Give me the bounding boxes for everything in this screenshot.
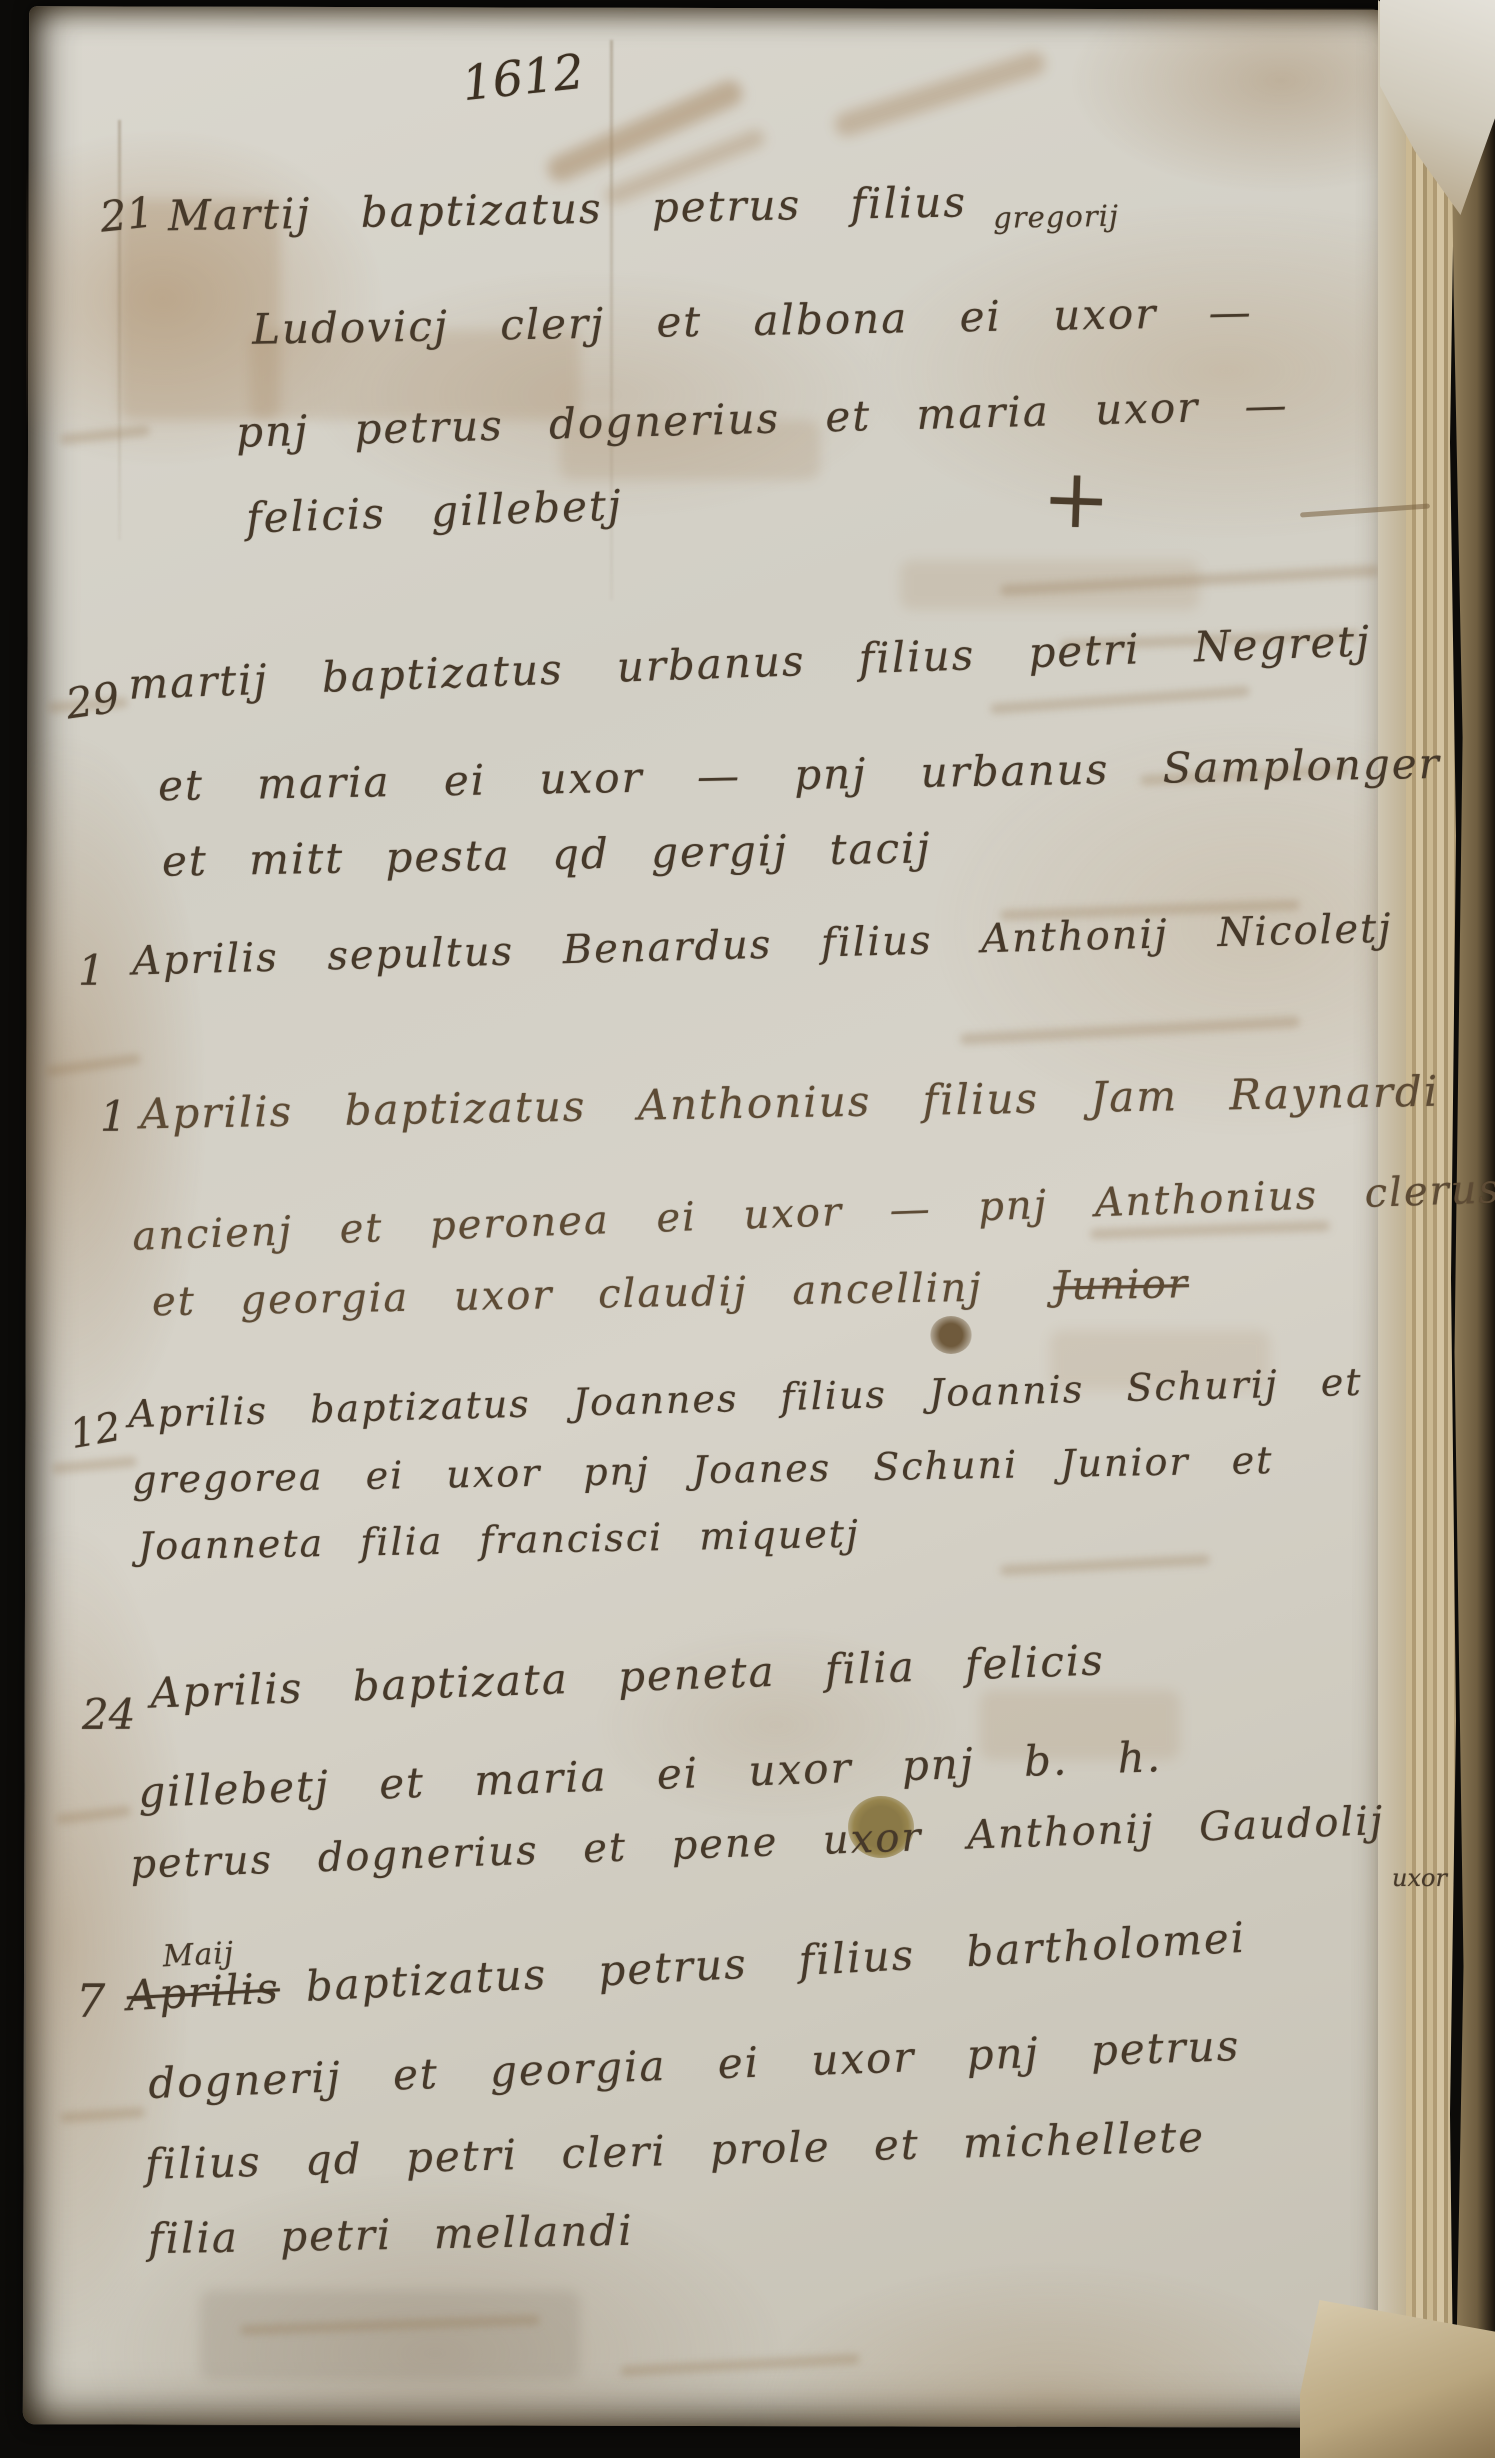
cross-mark: +: [1040, 451, 1112, 548]
correction-word: Maij: [162, 1936, 235, 1975]
entry-addendum: gregorij: [993, 199, 1119, 235]
entry-day: 21: [98, 187, 156, 241]
manuscript-scan: 1612 21 Martij baptizatus petrus filiusg…: [0, 0, 1495, 2458]
torn-corner: [1380, 0, 1495, 215]
struck-word: Junior: [1053, 1261, 1189, 1309]
entry-day: 12: [66, 1404, 124, 1458]
entry-day: 1: [78, 946, 105, 995]
entry-day: 1: [100, 1092, 127, 1141]
book-page-edge: [1406, 0, 1456, 2458]
entry-day: 29: [63, 673, 123, 729]
entry-line: filia petri mellandi: [148, 2206, 634, 2263]
book-page-edge: [1450, 0, 1495, 2458]
entry-addendum: uxor: [1392, 1864, 1447, 1892]
struck-word: AprilisMaij: [125, 1963, 281, 2020]
entry-day: 7: [76, 1974, 105, 2028]
entry-day: 24: [82, 1690, 135, 1739]
